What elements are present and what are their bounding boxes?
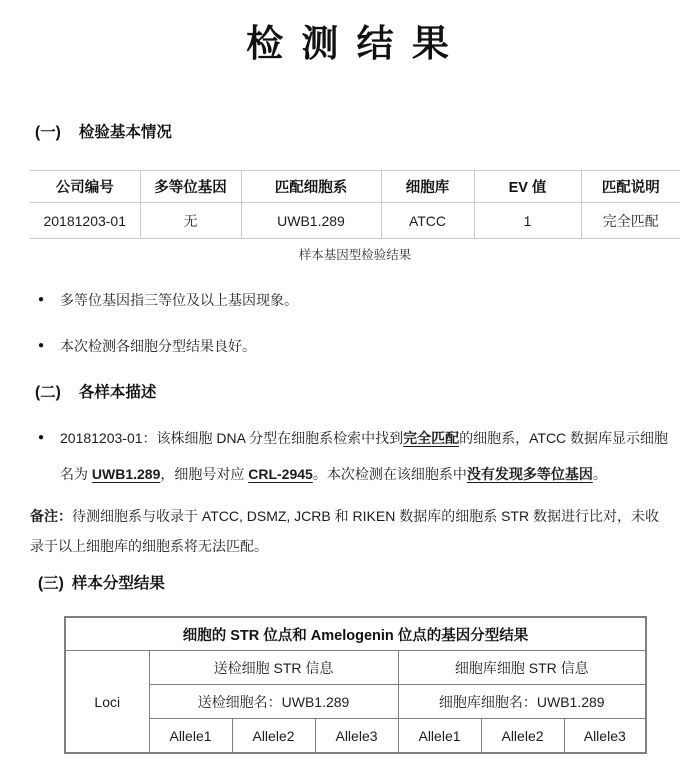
sample-description-text: 20181203-01：该株细胞 DNA 分型在细胞系检索中找到完全匹配的细胞系… — [60, 420, 672, 492]
desc-highlight-cell-name: UWB1.289 — [92, 466, 160, 482]
cell-allele2-bank: Allele2 — [481, 719, 564, 754]
table1-header-row: 公司编号 多等位基因 匹配细胞系 细胞库 EV 值 匹配说明 — [30, 171, 680, 203]
column-header-match-note: 匹配说明 — [581, 171, 680, 203]
genotype-summary-table: 公司编号 多等位基因 匹配细胞系 细胞库 EV 值 匹配说明 20181203-… — [30, 170, 680, 239]
cell-bank-cell-name: 细胞库细胞名：UWB1.289 — [398, 685, 646, 719]
bullet-icon: ● — [38, 290, 60, 310]
column-header-company-id: 公司编号 — [30, 171, 140, 203]
cell-multi-allele: 无 — [140, 203, 241, 239]
table2-title-row: 细胞的 STR 位点和 Amelogenin 位点的基因分型结果 — [65, 617, 646, 651]
desc-highlight-full-match: 完全匹配 — [403, 430, 459, 446]
cell-submitted-str-header: 送检细胞 STR 信息 — [149, 651, 398, 685]
cell-submitted-cell-name: 送检细胞名：UWB1.289 — [149, 685, 398, 719]
column-header-ev-value: EV 值 — [474, 171, 581, 203]
bullet-text: 本次检测各细胞分型结果良好。 — [60, 336, 256, 356]
remark-text: 待测细胞系与收录于 ATCC, DSMZ, JCRB 和 RIKEN 数据库的细… — [30, 508, 659, 554]
column-header-multi-allele: 多等位基因 — [140, 171, 241, 203]
section3-heading: (三)样本分型结果 — [38, 574, 699, 594]
section2-heading: (二)各样本描述 — [35, 383, 699, 403]
desc-segment: ，细胞号对应 — [160, 466, 248, 482]
column-header-cell-bank: 细胞库 — [381, 171, 474, 203]
section1-title: 检验基本情况 — [79, 124, 172, 141]
cell-allele1-bank: Allele1 — [398, 719, 481, 754]
remark-paragraph: 备注：待测细胞系与收录于 ATCC, DSMZ, JCRB 和 RIKEN 数据… — [30, 501, 672, 561]
cell-loci-label: Loci — [65, 651, 149, 754]
desc-segment: 。本次检测在该细胞系中 — [313, 466, 467, 482]
desc-segment: 20181203-01：该株细胞 DNA 分型在细胞系检索中找到 — [60, 430, 403, 446]
desc-highlight-no-multi-allele: 没有发现多等位基因 — [467, 466, 593, 482]
document-title: 检 测 结 果 — [0, 22, 699, 66]
table2-group-header-row: Loci 送检细胞 STR 信息 细胞库细胞 STR 信息 — [65, 651, 646, 685]
bullet-icon: ● — [38, 420, 60, 456]
cell-matched-cell-line: UWB1.289 — [241, 203, 381, 239]
section3-number: (三) — [38, 575, 64, 592]
bullet-icon: ● — [38, 336, 60, 356]
section1-heading: (一)检验基本情况 — [35, 123, 699, 143]
desc-highlight-cell-number: CRL-2945 — [248, 466, 313, 482]
table2-allele-header-row: Allele1 Allele2 Allele3 Allele1 Allele2 … — [65, 719, 646, 754]
note-bullet-multi-allele: ● 多等位基因指三等位及以上基因现象。 — [38, 290, 699, 310]
remark-label: 备注： — [30, 508, 72, 524]
cell-allele3-bank: Allele3 — [564, 719, 646, 754]
table1-caption: 样本基因型检验结果 — [30, 247, 680, 263]
cell-allele3-submitted: Allele3 — [315, 719, 398, 754]
cell-allele2-submitted: Allele2 — [232, 719, 315, 754]
section3-title: 样本分型结果 — [72, 575, 165, 592]
section2-number: (二) — [35, 384, 61, 401]
cell-ev-value: 1 — [474, 203, 581, 239]
desc-segment: 。 — [593, 466, 607, 482]
str-typing-table: 细胞的 STR 位点和 Amelogenin 位点的基因分型结果 Loci 送检… — [64, 616, 647, 754]
cell-bank-str-header: 细胞库细胞 STR 信息 — [398, 651, 646, 685]
note-bullet-typing-result: ● 本次检测各细胞分型结果良好。 — [38, 336, 699, 356]
column-header-matched-cell-line: 匹配细胞系 — [241, 171, 381, 203]
cell-cell-bank: ATCC — [381, 203, 474, 239]
bullet-text: 多等位基因指三等位及以上基因现象。 — [60, 290, 298, 310]
cell-company-id: 20181203-01 — [30, 203, 140, 239]
section2-title: 各样本描述 — [79, 384, 157, 401]
section1-number: (一) — [35, 124, 61, 141]
cell-match-note: 完全匹配 — [581, 203, 680, 239]
table1-data-row: 20181203-01 无 UWB1.289 ATCC 1 完全匹配 — [30, 203, 680, 239]
cell-allele1-submitted: Allele1 — [149, 719, 232, 754]
document-page: 检 测 结 果 (一)检验基本情况 公司编号 多等位基因 匹配细胞系 细胞库 E… — [0, 0, 699, 779]
table2-cell-name-row: 送检细胞名：UWB1.289 细胞库细胞名：UWB1.289 — [65, 685, 646, 719]
table2-title: 细胞的 STR 位点和 Amelogenin 位点的基因分型结果 — [65, 617, 646, 651]
sample-description-bullet: ● 20181203-01：该株细胞 DNA 分型在细胞系检索中找到完全匹配的细… — [38, 420, 699, 492]
